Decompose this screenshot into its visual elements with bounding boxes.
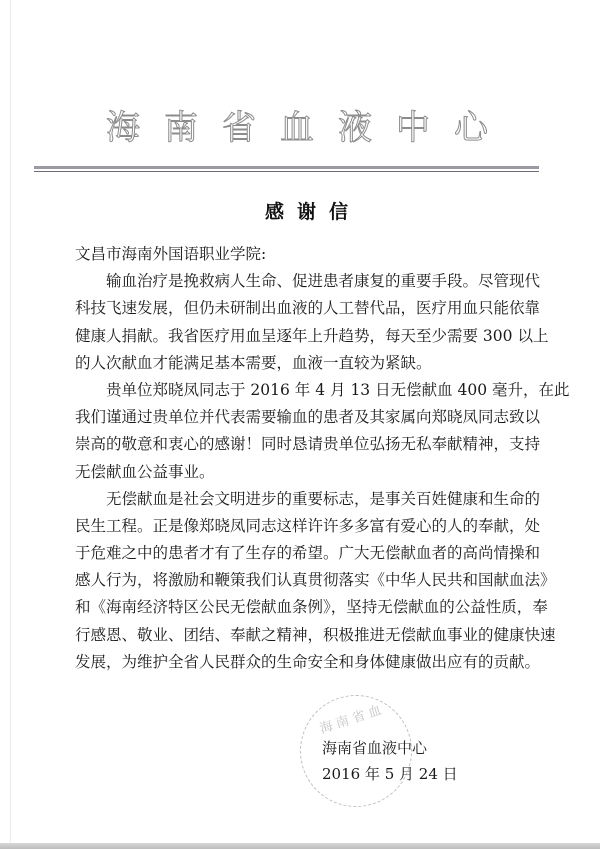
letterhead-rule-thick bbox=[34, 166, 539, 169]
signature-organization: 海南省血液中心 bbox=[322, 735, 458, 761]
scan-page-edge bbox=[10, 0, 11, 845]
salutation: 文昌市海南外国语职业学院: bbox=[75, 241, 505, 268]
scan-bottom-edge bbox=[0, 843, 600, 849]
paragraph-3: 无偿献血是社会文明进步的重要标志，是事关百姓健康和生命的 民生工程。正是像郑晓凤… bbox=[75, 486, 505, 676]
letter-title: 感谢信 bbox=[0, 197, 600, 224]
paragraph-line: 和《海南经济特区公民无偿献血条例》，坚持无偿献血的公益性质，奉 bbox=[75, 594, 505, 621]
paragraph-2: 贵单位郑晓凤同志于 2016 年 4 月 13 日无偿献血 400 毫升，在此 … bbox=[75, 377, 505, 486]
paragraph-line: 健康人捐献。我省医疗用血呈逐年上升趋势，每天至少需要 300 以上 bbox=[75, 323, 505, 350]
letterhead-rule-thin bbox=[34, 171, 539, 172]
signature-block: 海南省血液中心 2016 年 5 月 24 日 bbox=[322, 735, 458, 787]
paragraph-line: 民生工程。正是像郑晓凤同志这样许许多多富有爱心的人的奉献，处 bbox=[75, 513, 505, 540]
paragraph-line: 无偿献血是社会文明进步的重要标志，是事关百姓健康和生命的 bbox=[75, 486, 505, 513]
paragraph-line: 行感恩、敬业、团结、奉献之精神，积极推进无偿献血事业的健康快速 bbox=[75, 622, 505, 649]
paragraph-line: 无偿献血公益事业。 bbox=[75, 459, 505, 486]
paragraph-line: 科技飞速发展，但仍未研制出血液的人工替代品，医疗用血只能依靠 bbox=[75, 295, 505, 322]
signature-date: 2016 年 5 月 24 日 bbox=[322, 761, 458, 787]
paragraph-line: 发展，为维护全省人民群众的生命安全和身体健康做出应有的贡献。 bbox=[75, 649, 505, 676]
letterhead-title: 海南省血液中心 bbox=[75, 100, 519, 149]
paragraph-line: 贵单位郑晓凤同志于 2016 年 4 月 13 日无偿献血 400 毫升，在此 bbox=[75, 377, 505, 404]
paragraph-1: 输血治疗是挽救病人生命、促进患者康复的重要手段。尽管现代 科技飞速发展，但仍未研… bbox=[75, 268, 505, 377]
paragraph-line: 的人次献血才能满足基本需要，血液一直较为紧缺。 bbox=[75, 350, 505, 377]
paragraph-line: 我们谨通过贵单位并代表需要输血的患者及其家属向郑晓凤同志致以 bbox=[75, 404, 505, 431]
paragraph-line: 崇高的敬意和衷心的感谢！同时恳请贵单位弘扬无私奉献精神，支持 bbox=[75, 431, 505, 458]
paragraph-line: 输血治疗是挽救病人生命、促进患者康复的重要手段。尽管现代 bbox=[75, 268, 505, 295]
paragraph-line: 感人行为，将激励和鞭策我们认真贯彻落实《中华人民共和国献血法》 bbox=[75, 567, 505, 594]
paragraph-line: 于危难之中的患者才有了生存的希望。广大无偿献血者的高尚情操和 bbox=[75, 540, 505, 567]
letter-body: 文昌市海南外国语职业学院: 输血治疗是挽救病人生命、促进患者康复的重要手段。尽管… bbox=[75, 241, 505, 676]
